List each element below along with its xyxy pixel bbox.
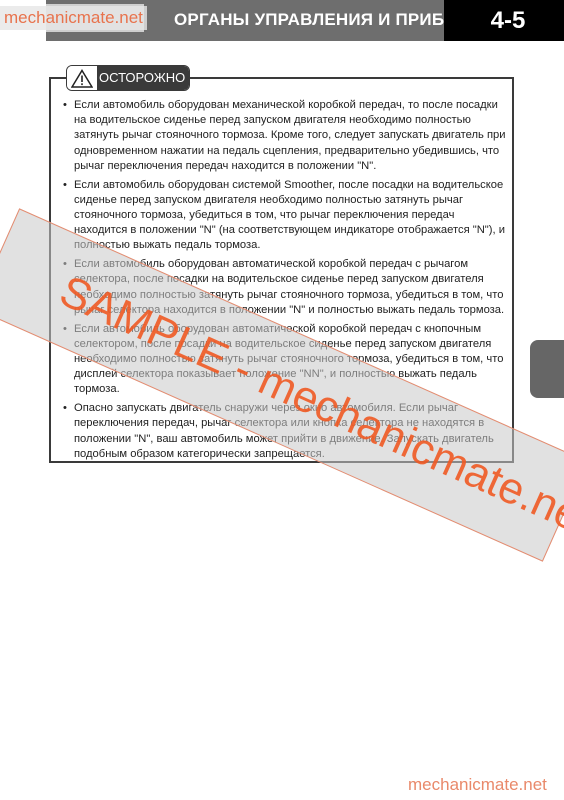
warning-triangle-icon xyxy=(67,66,97,90)
watermark-top-left: mechanicmate.net xyxy=(0,6,147,30)
caution-title: ОСТОРОЖНО xyxy=(97,66,189,90)
caution-item: Если автомобиль оборудован механической … xyxy=(62,98,507,174)
watermark-bottom-right: mechanicmate.net xyxy=(408,775,547,795)
section-title: ОРГАНЫ УПРАВЛЕНИЯ И ПРИБОРЫ xyxy=(174,10,486,30)
caution-item: Если автомобиль оборудован системой Smoo… xyxy=(62,178,507,254)
caution-label: ОСТОРОЖНО xyxy=(66,65,190,91)
chapter-side-tab xyxy=(530,340,564,398)
page-number: 4-5 xyxy=(444,0,564,41)
